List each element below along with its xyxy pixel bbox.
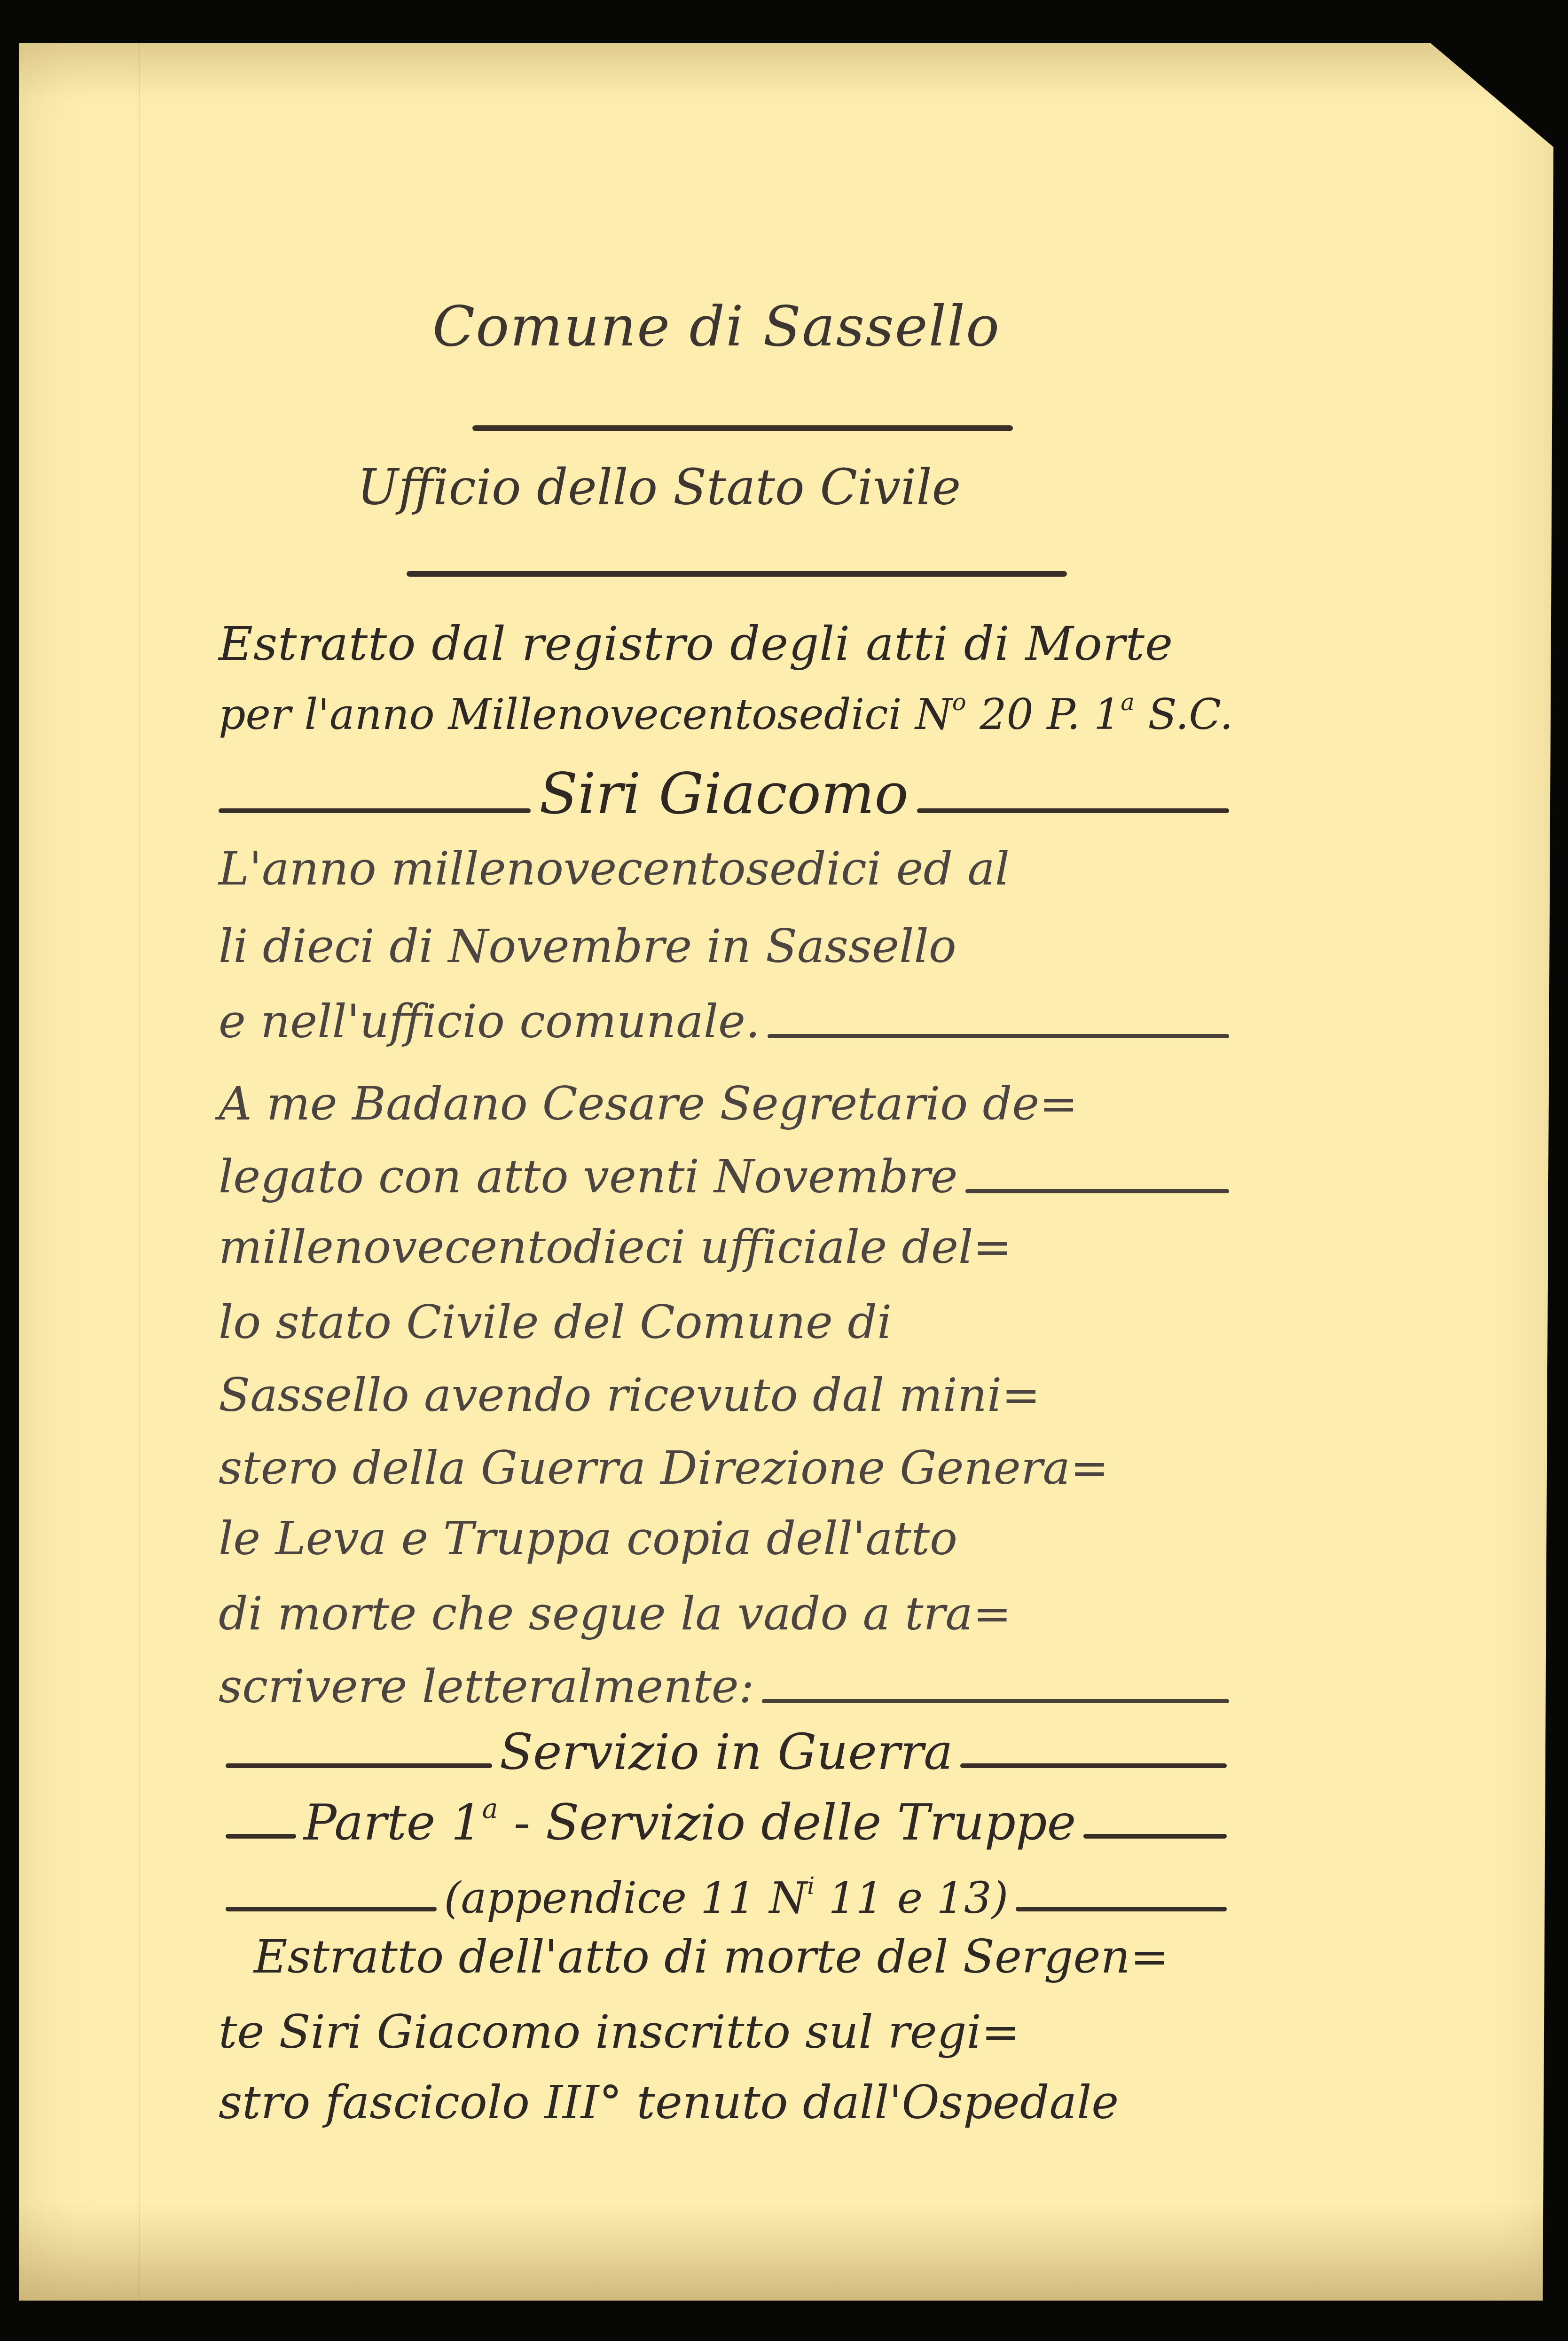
body-line-6: millenovecentodieci ufficiale del=	[219, 1224, 1229, 1270]
extract-line-3: stro fascicolo III° tenuto dall'Ospedale	[219, 2080, 1229, 2126]
part-sup: a	[1121, 689, 1135, 716]
body-text: Sassello avendo ricevuto dal mini=	[219, 1372, 1040, 1418]
appendix-label: (appendice 11 N	[444, 1873, 808, 1923]
part-description: - Servizio delle Truppe	[498, 1794, 1076, 1851]
part-dash-right	[1083, 1834, 1227, 1839]
body-line-5: legato con atto venti Novembre	[219, 1154, 1229, 1200]
section-appendix: (appendice 11 Ni 11 e 13)	[437, 1874, 1016, 1920]
line-filler-dash	[762, 1699, 1229, 1703]
body-text: lo stato Civile del Comune di	[219, 1300, 892, 1346]
body-text: e nell'ufficio comunale.	[219, 999, 760, 1045]
extract-line-1: Estratto dell'atto di morte del Sergen=	[254, 1934, 1264, 1980]
body-line-10: le Leva e Truppa copia dell'atto	[219, 1516, 1229, 1562]
subject-name-line: Siri Giacomo	[219, 757, 1229, 822]
section-title: Servizio in Guerra	[492, 1728, 961, 1777]
extract-year-text: per l'anno Millenovecentosedici N	[219, 690, 952, 739]
extract-text: te Siri Giacomo inscritto sul regi=	[219, 2009, 1020, 2055]
extract-text: Estratto dell'atto di morte del Sergen=	[254, 1934, 1169, 1980]
body-text: millenovecentodieci ufficiale del=	[219, 1224, 1012, 1270]
body-line-2: li dieci di Novembre in Sassello	[219, 924, 1229, 970]
header-rule-bottom	[407, 571, 1067, 577]
body-line-9: stero della Guerra Direzione Genera=	[219, 1445, 1229, 1491]
appendix-dash-right	[1016, 1907, 1227, 1911]
name-dash-left	[219, 808, 531, 813]
section-part-line: Parte 1a - Servizio delle Truppe	[226, 1786, 1227, 1847]
body-text: scrivere letteralmente:	[219, 1664, 754, 1710]
extract-heading-line1: Estratto dal registro degli atti di Mort…	[219, 620, 1173, 667]
extract-text: stro fascicolo III° tenuto dall'Ospedale	[219, 2080, 1119, 2126]
paper-fold-line	[139, 43, 140, 2301]
part-dash-left	[226, 1834, 296, 1839]
section-title-line: Servizio in Guerra	[226, 1715, 1227, 1777]
extract-line-2: te Siri Giacomo inscritto sul regi=	[219, 2009, 1229, 2055]
appendix-numbers: 11 e 13)	[815, 1873, 1008, 1923]
section-dash-left	[226, 1763, 492, 1768]
body-text: stero della Guerra Direzione Genera=	[219, 1445, 1109, 1491]
municipality-title: Comune di Sassello	[432, 298, 1000, 354]
body-text: li dieci di Novembre in Sassello	[219, 924, 956, 970]
body-text: L'anno millenovecentosedici ed al	[219, 846, 1010, 892]
body-line-8: Sassello avendo ricevuto dal mini=	[219, 1372, 1229, 1418]
series-code: S.C.	[1135, 690, 1233, 739]
name-dash-right	[917, 808, 1229, 813]
body-line-1: L'anno millenovecentosedici ed al	[219, 846, 1229, 892]
body-line-12: scrivere letteralmente:	[219, 1664, 1229, 1710]
section-dash-right	[960, 1763, 1227, 1768]
part-label: Parte 1	[304, 1794, 482, 1851]
body-text: legato con atto venti Novembre	[219, 1154, 958, 1200]
body-line-3: e nell'ufficio comunale.	[219, 999, 1229, 1045]
section-part: Parte 1a - Servizio delle Truppe	[296, 1796, 1083, 1847]
part-sup: a	[482, 1793, 498, 1824]
body-line-7: lo stato Civile del Comune di	[219, 1300, 1229, 1346]
body-text: A me Badano Cesare Segretario de=	[219, 1081, 1078, 1127]
body-text: di morte che segue la vado a tra=	[219, 1591, 1011, 1637]
line-filler-dash	[768, 1034, 1229, 1038]
header-rule-top	[472, 425, 1013, 431]
appendix-sup: i	[807, 1872, 815, 1900]
office-subtitle: Ufficio dello Stato Civile	[357, 463, 961, 512]
number-abbrev-sup: o	[952, 689, 966, 716]
body-text: le Leva e Truppa copia dell'atto	[219, 1516, 957, 1562]
subject-name: Siri Giacomo	[531, 766, 917, 822]
extract-heading-line2: per l'anno Millenovecentosedici No 20 P.…	[219, 691, 1233, 736]
body-line-11: di morte che segue la vado a tra=	[219, 1591, 1229, 1637]
body-line-4: A me Badano Cesare Segretario de=	[219, 1081, 1229, 1127]
record-number: 20 P. 1	[966, 690, 1121, 739]
section-appendix-line: (appendice 11 Ni 11 e 13)	[226, 1859, 1227, 1920]
appendix-dash-left	[226, 1907, 437, 1911]
line-filler-dash	[965, 1189, 1230, 1193]
